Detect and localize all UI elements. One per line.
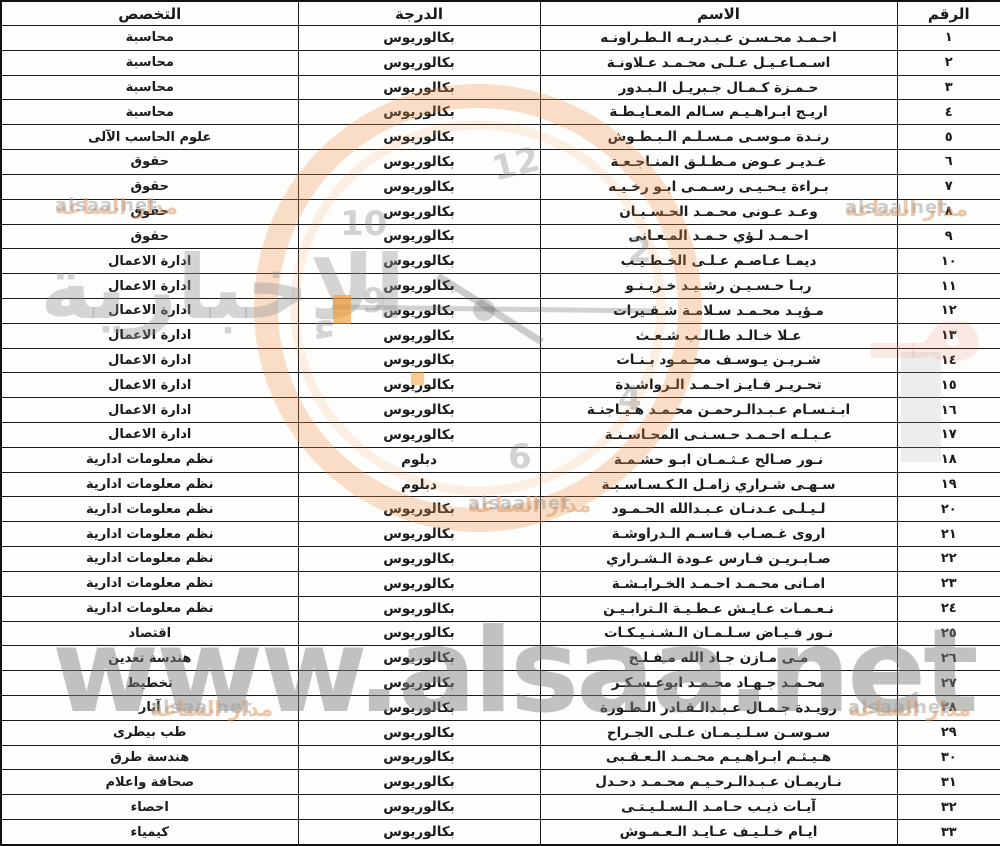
row-major-cell: ادارة الاعمال [1, 423, 298, 448]
row-degree-cell: بكالوريوس [298, 398, 540, 423]
table-row: ٨ وعـد عـونى محـمـد الحـسـبـان بكالوريوس… [1, 199, 1000, 224]
row-number-cell: ١٧ [897, 423, 1000, 448]
table-row: ١٥ تحـريـر فـايـز احـمـد الـرواشـدة بكال… [1, 373, 1000, 398]
row-name-cell: ربـا حـسـيـن رشـيـد خـريـنـو [540, 274, 897, 299]
table-row: ٢٨ رويـدة جـمـال عـبـدالـقـادر الـطـورة … [1, 695, 1000, 720]
row-degree-cell: دبلوم [298, 472, 540, 497]
row-degree-cell: بكالوريوس [298, 522, 540, 547]
row-number-cell: ٣٣ [897, 820, 1000, 846]
row-degree-cell: بكالوريوس [298, 671, 540, 696]
row-name-cell: غـديـر عـوض مـطـلـق المنـاجـعـة [540, 150, 897, 175]
row-number-cell: ٢٦ [897, 646, 1000, 671]
row-number-cell: ٧ [897, 174, 1000, 199]
row-name-cell: نـور صـالح عـثـمـان ابـو حشـمـة [540, 447, 897, 472]
table-row: ٢٩ سـوسـن سـلـيـمـان عـلـى الجـراح بكالو… [1, 720, 1000, 745]
row-degree-cell: بكالوريوس [298, 298, 540, 323]
row-degree-cell: بكالوريوس [298, 571, 540, 596]
row-number-cell: ١٠ [897, 249, 1000, 274]
row-name-cell: اسـمـاعـيـل عـلـى محـمـد عـلاونـة [540, 50, 897, 75]
row-major-cell: حقوق [1, 174, 298, 199]
row-name-cell: سـوسـن سـلـيـمـان عـلـى الجـراح [540, 720, 897, 745]
table-row: ٣٣ ايـام خـلـيـف عـايـد الـعـمـوش بكالور… [1, 820, 1000, 846]
table-row: ١٤ شـريـن يـوسـف محـمـود بـنـات بكالوريو… [1, 348, 1000, 373]
row-major-cell: نظم معلومات ادارية [1, 571, 298, 596]
row-major-cell: محاسبة [1, 100, 298, 125]
row-name-cell: عـبـلـه احـمـد حـسـنـى المحـاسـنـة [540, 423, 897, 448]
table-row: ٣ حـمـزة كـمـال جـبريـل الـبـدور بكالوري… [1, 75, 1000, 100]
row-major-cell: اقتصاد [1, 621, 298, 646]
row-major-cell: ادارة الاعمال [1, 348, 298, 373]
row-number-cell: ١٦ [897, 398, 1000, 423]
row-degree-cell: بكالوريوس [298, 820, 540, 846]
row-degree-cell: بكالوريوس [298, 125, 540, 150]
row-name-cell: اروى غـصـاب قـاسـم الـدراوشـة [540, 522, 897, 547]
table-row: ٣١ نـاريمـان عـبـدالـرحـيـم محـمـد دحـدل… [1, 770, 1000, 795]
row-degree-cell: بكالوريوس [298, 199, 540, 224]
table-row: ٧ بـراءة يـحـيـى رسـمـى ابـو رخـيـه بكال… [1, 174, 1000, 199]
row-name-cell: احـمـد محـسـن عـبـدربـه الـطـراونـه [540, 26, 897, 51]
row-name-cell: وعـد عـونى محـمـد الحـسـبـان [540, 199, 897, 224]
row-number-cell: ٩ [897, 224, 1000, 249]
row-name-cell: شـريـن يـوسـف محـمـود بـنـات [540, 348, 897, 373]
table-row: ٢٦ مـى مـازن جـاد الله مـفـلـح بكالوريوس… [1, 646, 1000, 671]
row-number-cell: ١٣ [897, 323, 1000, 348]
row-major-cell: آثار [1, 695, 298, 720]
table-row: ٣٢ آيـات ذيـب حـامـد الـسـلـيـتـى بكالور… [1, 795, 1000, 820]
row-degree-cell: بكالوريوس [298, 720, 540, 745]
table-row: ٢١ اروى غـصـاب قـاسـم الـدراوشـة بكالوري… [1, 522, 1000, 547]
row-number-cell: ٢٢ [897, 547, 1000, 572]
row-major-cell: احصاء [1, 795, 298, 820]
row-number-cell: ٦ [897, 150, 1000, 175]
row-degree-cell: بكالوريوس [298, 373, 540, 398]
row-degree-cell: بكالوريوس [298, 100, 540, 125]
row-major-cell: صحافة واعلام [1, 770, 298, 795]
row-number-cell: ٢٤ [897, 596, 1000, 621]
row-degree-cell: بكالوريوس [298, 423, 540, 448]
table-row: ٢٥ نـور فـيـاض سـلـمـان الـشـنـيـكـات بك… [1, 621, 1000, 646]
table-row: ٢٢ صـابـريـن فـارس عـودة الـشـراري بكالو… [1, 547, 1000, 572]
row-number-cell: ٤ [897, 100, 1000, 125]
row-major-cell: ادارة الاعمال [1, 323, 298, 348]
row-major-cell: نظم معلومات ادارية [1, 596, 298, 621]
row-number-cell: ٣٠ [897, 745, 1000, 770]
row-degree-cell: بكالوريوس [298, 745, 540, 770]
row-number-cell: ٣١ [897, 770, 1000, 795]
table-row: ١٨ نـور صـالح عـثـمـان ابـو حشـمـة دبلوم… [1, 447, 1000, 472]
row-number-cell: ١٩ [897, 472, 1000, 497]
row-major-cell: كيمياء [1, 820, 298, 846]
row-name-cell: محـمـد جـهـاد محـمـد ابوعـسـكـر [540, 671, 897, 696]
row-major-cell: حقوق [1, 224, 298, 249]
row-major-cell: هندسة طرق [1, 745, 298, 770]
row-name-cell: مـى مـازن جـاد الله مـفـلـح [540, 646, 897, 671]
column-header-name: الاسم [540, 1, 897, 26]
table-row: ١٠ ديمـا عـاصـم عـلـى الخـطـيـب بكالوريو… [1, 249, 1000, 274]
table-row: ٤ اريـج ابـراهـيـم سـالم المعـايـطـة بكا… [1, 100, 1000, 125]
row-degree-cell: دبلوم [298, 447, 540, 472]
column-header-number: الرقم [897, 1, 1000, 26]
row-major-cell: هندسة تعدين [1, 646, 298, 671]
row-name-cell: نـور فـيـاض سـلـمـان الـشـنـيـكـات [540, 621, 897, 646]
row-number-cell: ٥ [897, 125, 1000, 150]
table-row: ٢ اسـمـاعـيـل عـلـى محـمـد عـلاونـة بكال… [1, 50, 1000, 75]
row-degree-cell: بكالوريوس [298, 497, 540, 522]
row-major-cell: نظم معلومات ادارية [1, 472, 298, 497]
table-row: ١٣ عـلا خـالـد طـالـب شـعـث بكالوريوس اد… [1, 323, 1000, 348]
row-degree-cell: بكالوريوس [298, 621, 540, 646]
row-name-cell: آيـات ذيـب حـامـد الـسـلـيـتـى [540, 795, 897, 820]
table-row: ١٧ عـبـلـه احـمـد حـسـنـى المحـاسـنـة بك… [1, 423, 1000, 448]
row-name-cell: صـابـريـن فـارس عـودة الـشـراري [540, 547, 897, 572]
table-row: ١٦ ابـتـسـام عـبـدالـرحمـن محـمـد هـيـاج… [1, 398, 1000, 423]
graduates-table: الرقم الاسم الدرجة التخصص ١ احـمـد محـسـ… [0, 0, 1000, 846]
row-major-cell: طب بيطرى [1, 720, 298, 745]
row-degree-cell: بكالوريوس [298, 224, 540, 249]
row-name-cell: مـؤيـد محـمـد سـلامـة شـقـيرات [540, 298, 897, 323]
row-degree-cell: بكالوريوس [298, 770, 540, 795]
row-number-cell: ٢٨ [897, 695, 1000, 720]
row-degree-cell: بكالوريوس [298, 646, 540, 671]
row-number-cell: ٢٣ [897, 571, 1000, 596]
row-major-cell: محاسبة [1, 50, 298, 75]
row-name-cell: اريـج ابـراهـيـم سـالم المعـايـطـة [540, 100, 897, 125]
row-degree-cell: بكالوريوس [298, 150, 540, 175]
row-number-cell: ٢١ [897, 522, 1000, 547]
row-name-cell: تحـريـر فـايـز احـمـد الـرواشـدة [540, 373, 897, 398]
row-major-cell: ادارة الاعمال [1, 398, 298, 423]
column-header-degree: الدرجة [298, 1, 540, 26]
table-row: ١١ ربـا حـسـيـن رشـيـد خـريـنـو بكالوريو… [1, 274, 1000, 299]
table-row: ٢٧ محـمـد جـهـاد محـمـد ابوعـسـكـر بكالو… [1, 671, 1000, 696]
row-name-cell: حـمـزة كـمـال جـبريـل الـبـدور [540, 75, 897, 100]
row-degree-cell: بكالوريوس [298, 174, 540, 199]
row-number-cell: ١١ [897, 274, 1000, 299]
row-name-cell: احـمـد لـؤي حـمـد المـعـانى [540, 224, 897, 249]
row-number-cell: ٣٢ [897, 795, 1000, 820]
row-degree-cell: بكالوريوس [298, 50, 540, 75]
row-degree-cell: بكالوريوس [298, 274, 540, 299]
row-number-cell: ٢ [897, 50, 1000, 75]
row-degree-cell: بكالوريوس [298, 249, 540, 274]
column-header-major: التخصص [1, 1, 298, 26]
row-name-cell: ابـتـسـام عـبـدالـرحمـن محـمـد هـيـاجنـة [540, 398, 897, 423]
row-name-cell: لـيـلـى عـدنـان عـبـدالله الحـمـود [540, 497, 897, 522]
row-number-cell: ١٥ [897, 373, 1000, 398]
row-major-cell: علوم الحاسب الآلى [1, 125, 298, 150]
row-number-cell: ١ [897, 26, 1000, 51]
row-major-cell: ادارة الاعمال [1, 298, 298, 323]
row-major-cell: ادارة الاعمال [1, 274, 298, 299]
row-degree-cell: بكالوريوس [298, 596, 540, 621]
row-major-cell: حقوق [1, 150, 298, 175]
row-number-cell: ٢٥ [897, 621, 1000, 646]
row-major-cell: نظم معلومات ادارية [1, 522, 298, 547]
row-name-cell: امـانى محـمـد احـمـد الخـرابـشـة [540, 571, 897, 596]
table-row: ٥ رنـدة مـوسـى مـسـلـم الـبـطـوش بكالوري… [1, 125, 1000, 150]
row-name-cell: ديمـا عـاصـم عـلـى الخـطـيـب [540, 249, 897, 274]
row-degree-cell: بكالوريوس [298, 348, 540, 373]
row-name-cell: سـهـى شـراري زامـل الـكـسـاسـبـة [540, 472, 897, 497]
row-major-cell: حقوق [1, 199, 298, 224]
row-degree-cell: بكالوريوس [298, 323, 540, 348]
row-name-cell: نـاريمـان عـبـدالـرحـيـم محـمـد دحـدل [540, 770, 897, 795]
table-row: ١٢ مـؤيـد محـمـد سـلامـة شـقـيرات بكالور… [1, 298, 1000, 323]
row-name-cell: نـعـمـات عـايـش عـطـيـة الـترابـيـن [540, 596, 897, 621]
scanned-roster-page: الرقم الاسم الدرجة التخصص ١ احـمـد محـسـ… [0, 0, 1000, 846]
table-row: ٦ غـديـر عـوض مـطـلـق المنـاجـعـة بكالور… [1, 150, 1000, 175]
row-number-cell: ١٨ [897, 447, 1000, 472]
row-name-cell: رنـدة مـوسـى مـسـلـم الـبـطـوش [540, 125, 897, 150]
row-number-cell: ٨ [897, 199, 1000, 224]
row-major-cell: ادارة الاعمال [1, 249, 298, 274]
row-major-cell: نظم معلومات ادارية [1, 547, 298, 572]
table-row: ٢٣ امـانى محـمـد احـمـد الخـرابـشـة بكال… [1, 571, 1000, 596]
row-degree-cell: بكالوريوس [298, 695, 540, 720]
row-major-cell: تخطيط [1, 671, 298, 696]
row-major-cell: محاسبة [1, 75, 298, 100]
row-number-cell: ٢٧ [897, 671, 1000, 696]
table-row: ١٩ سـهـى شـراري زامـل الـكـسـاسـبـة دبلو… [1, 472, 1000, 497]
row-major-cell: نظم معلومات ادارية [1, 497, 298, 522]
row-name-cell: ايـام خـلـيـف عـايـد الـعـمـوش [540, 820, 897, 846]
row-number-cell: ٢٩ [897, 720, 1000, 745]
table-row: ٢٠ لـيـلـى عـدنـان عـبـدالله الحـمـود بك… [1, 497, 1000, 522]
table-row: ١ احـمـد محـسـن عـبـدربـه الـطـراونـه بك… [1, 26, 1000, 51]
row-number-cell: ١٢ [897, 298, 1000, 323]
table-header-row: الرقم الاسم الدرجة التخصص [1, 1, 1000, 26]
row-degree-cell: بكالوريوس [298, 75, 540, 100]
row-major-cell: ادارة الاعمال [1, 373, 298, 398]
row-degree-cell: بكالوريوس [298, 26, 540, 51]
row-name-cell: هـيـثـم ابـراهـيـم محـمـد الـعـقـبى [540, 745, 897, 770]
row-major-cell: محاسبة [1, 26, 298, 51]
row-major-cell: نظم معلومات ادارية [1, 447, 298, 472]
row-degree-cell: بكالوريوس [298, 547, 540, 572]
row-degree-cell: بكالوريوس [298, 795, 540, 820]
row-name-cell: رويـدة جـمـال عـبـدالـقـادر الـطـورة [540, 695, 897, 720]
row-number-cell: ٣ [897, 75, 1000, 100]
table-row: ٢٤ نـعـمـات عـايـش عـطـيـة الـترابـيـن ب… [1, 596, 1000, 621]
row-number-cell: ١٤ [897, 348, 1000, 373]
table-row: ٩ احـمـد لـؤي حـمـد المـعـانى بكالوريوس … [1, 224, 1000, 249]
row-number-cell: ٢٠ [897, 497, 1000, 522]
row-name-cell: عـلا خـالـد طـالـب شـعـث [540, 323, 897, 348]
row-name-cell: بـراءة يـحـيـى رسـمـى ابـو رخـيـه [540, 174, 897, 199]
table-row: ٣٠ هـيـثـم ابـراهـيـم محـمـد الـعـقـبى ب… [1, 745, 1000, 770]
